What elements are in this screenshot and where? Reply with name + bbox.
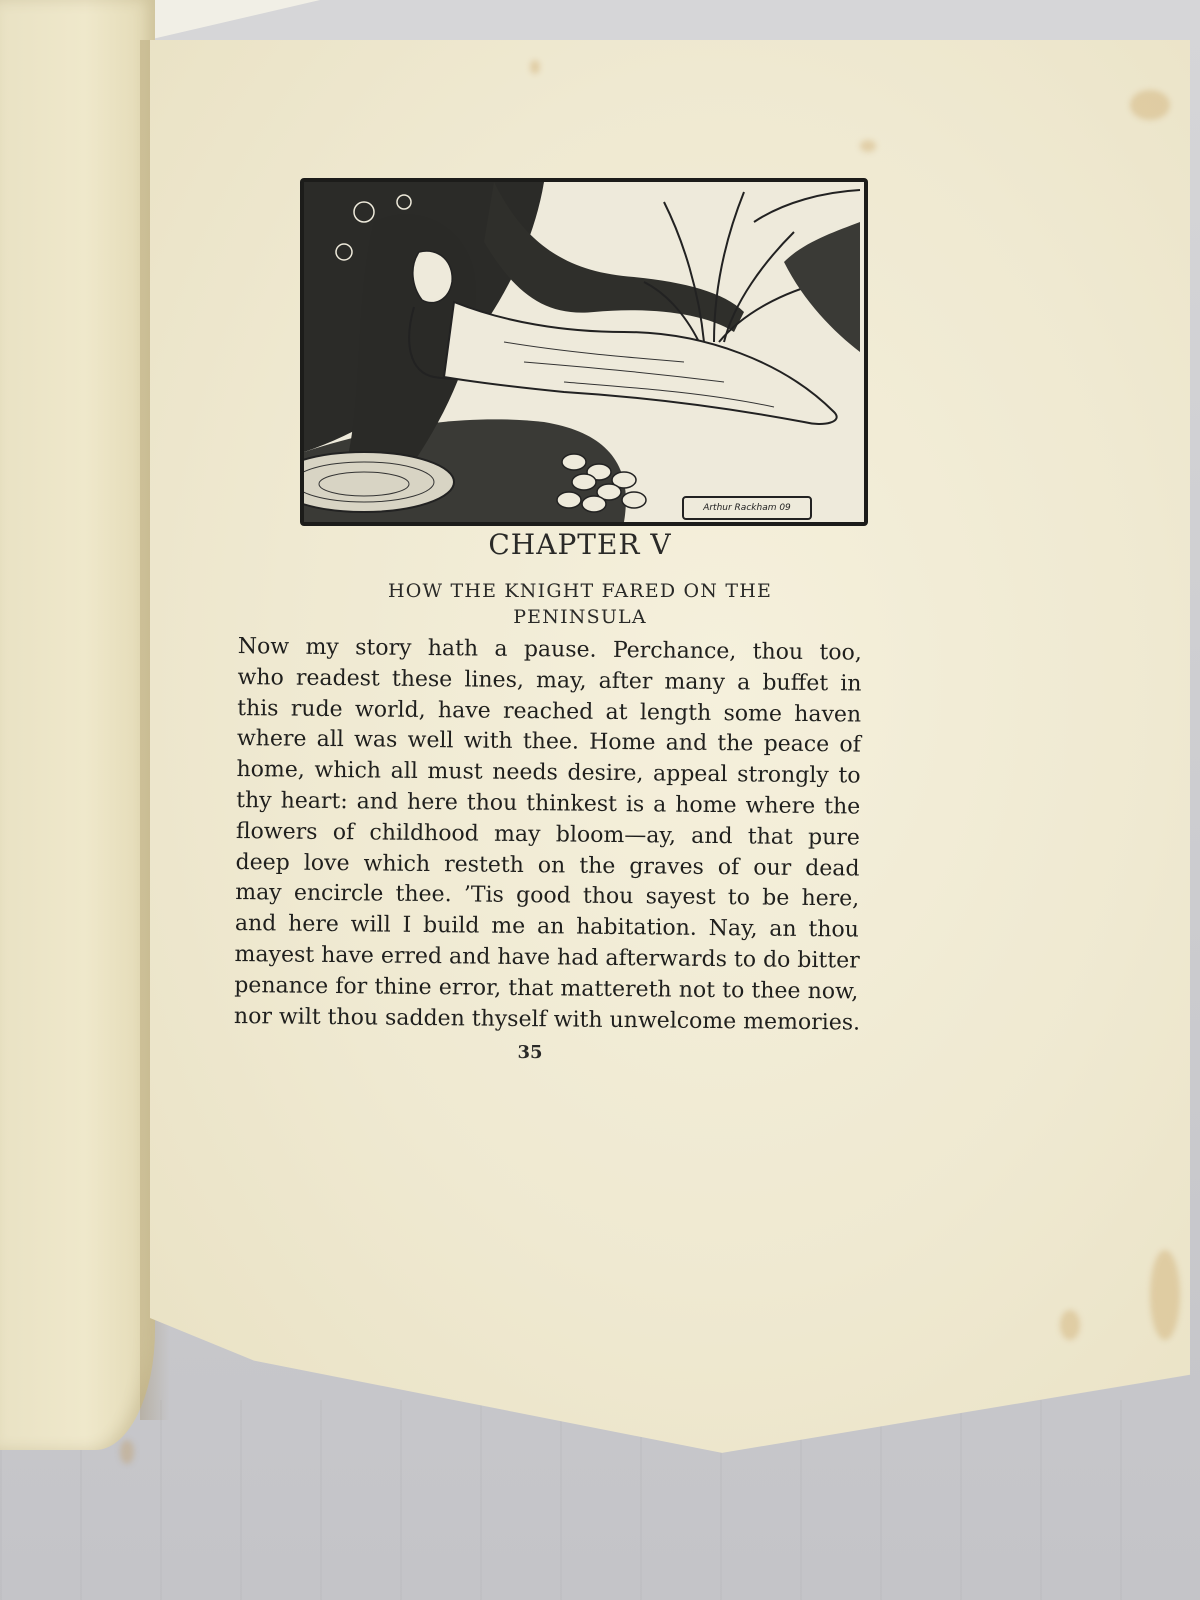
table-grain xyxy=(0,1400,1200,1600)
foxing-spot xyxy=(1060,1310,1080,1340)
chapter-title: HOW THE KNIGHT FARED ON THE PENINSULA xyxy=(320,578,840,630)
body-line: nor wilt thou sadden thyself with unwelc… xyxy=(234,1002,858,1039)
foxing-spot xyxy=(530,60,540,74)
left-page xyxy=(0,0,155,1450)
foxing-spot xyxy=(1150,1250,1180,1340)
foxing-spot xyxy=(1130,90,1170,120)
illustration-drawing xyxy=(304,182,864,522)
chapter-title-line: PENINSULA xyxy=(320,604,840,630)
body-text: Now my story hath a pause. Perchance, th… xyxy=(234,632,862,1039)
chapter-number: CHAPTER V xyxy=(300,528,860,561)
page-number: 35 xyxy=(500,1042,560,1063)
chapter-title-line: HOW THE KNIGHT FARED ON THE xyxy=(320,578,840,604)
foxing-spot xyxy=(120,1440,134,1464)
chapter-illustration xyxy=(300,178,868,526)
illustrator-signature: Arthur Rackham 09 xyxy=(682,496,812,520)
foxing-spot xyxy=(860,140,876,152)
